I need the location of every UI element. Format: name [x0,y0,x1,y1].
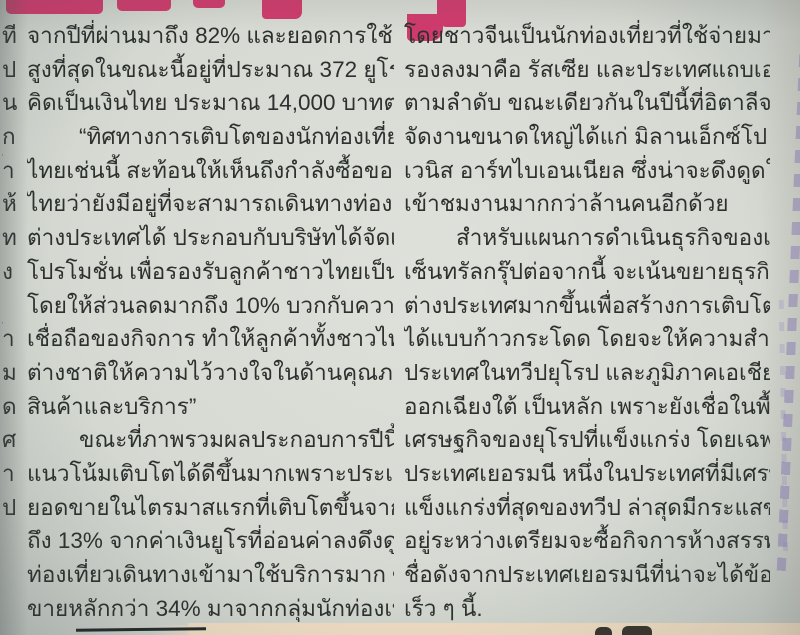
headline-letter-fragment [6,0,103,14]
text-row: ท่องเที่ยวเดินทางเข้ามาใช้บริการมาก ซึ่ง… [2,558,394,592]
text-line: ไทยเช่นนี้ สะท้อนให้เห็นถึงกำลังซื้อของค… [27,154,394,188]
text-line: จัดงานขนาดใหญ่ได้แก่ มิลานเอ็กซ์โป และ [404,120,770,154]
cut-letter-fragment: ัก [2,120,21,154]
headline-letter-fragment [117,0,171,11]
text-line: ออกเฉียงใต้ เป็นหลัก เพราะยังเชื่อในพื้น… [404,390,770,424]
text-row: ปสูงที่สุดในขณะนี้อยู่ที่ประมาณ 372 ยูโร… [2,53,394,87]
text-row: สำหรับแผนการดำเนินธุรกิจของเครือ [404,221,770,255]
text-row: ทต่างประเทศได้ ประกอบกับบริษัทได้จัดเตรี… [2,221,394,255]
text-row: งโปรโมชั่น เพื่อรองรับลูกค้าชาวไทยเป็นพิ… [2,255,394,289]
text-row: ศขณะที่ภาพรวมผลประกอบการปีนี้ มี [2,423,394,457]
cut-letter-fragment: น [2,86,21,120]
text-row: ้าไทยเช่นนี้ สะท้อนให้เห็นถึงกำลังซื้อขอ… [2,154,394,188]
text-row: มต่างชาติให้ความไว้วางใจในด้านคุณภาพของ [2,356,394,390]
text-line: ขณะที่ภาพรวมผลประกอบการปีนี้ มี [27,423,394,457]
text-line: ประเทศเยอรมนี หนึ่งในประเทศที่มีเศรษฐกิจ [404,457,770,491]
text-line: ขายหลักกว่า 34% มาจากกลุ่มนักท่องเที่ยว [27,592,394,626]
cut-letter-fragment: ศ [2,423,21,457]
text-line: สำหรับแผนการดำเนินธุรกิจของเครือ [404,221,770,255]
text-line: แนวโน้มเติบโตได้ดีขึ้นมากเพราะประเมินจาก [27,457,394,491]
text-line: ชื่อดังจากประเทศเยอรมนีที่น่าจะได้ข้อสรุ… [404,558,770,592]
text-line: ประเทศในทวีปยุโรป และภูมิภาคเอเชียตะวัน [404,356,770,390]
text-line: ต่างประเทศมากขึ้นเพื่อสร้างการเติบโตของร… [404,289,770,323]
text-line: ต่างประเทศได้ ประกอบกับบริษัทได้จัดเตรีย… [27,221,394,255]
headline-letter-fragment [193,0,225,8]
text-line: โดยชาวจีนเป็นนักท่องเที่ยวที่ใช้จ่ายมากท… [404,19,770,53]
text-line: อยู่ระหว่างเตรียมจะซื้อกิจการห้างสรรพสิน… [404,524,770,558]
text-line: เชื่อถือของกิจการ ทำให้ลูกค้าทั้งชาวไทยแ… [27,322,394,356]
body-text-left-column: ทีจากปีที่ผ่านมาถึง 82% และยอดการใช้จ่าย… [2,19,394,625]
text-row: เวนิส อาร์ทไบเอนเนียล ซึ่งน่าจะดึงดูดให้… [404,154,770,188]
next-headline-letter-top [622,626,652,635]
text-row: แข็งแกร่งที่สุดของทวีป ล่าสุดมีกระแสข่าว… [404,491,770,525]
cut-letter-fragment: ้า [2,322,21,356]
text-line: โปรโมชั่น เพื่อรองรับลูกค้าชาวไทยเป็นพิเ… [27,255,394,289]
text-row: รองลงมาคือ รัสเซีย และประเทศแถบเอเชีย [404,53,770,87]
text-row: จัดงานขนาดใหญ่ได้แก่ มิลานเอ็กซ์โป และ [404,120,770,154]
text-line: สินค้าและบริการ” [27,390,394,424]
cut-letter-fragment [2,289,21,323]
cut-letter-fragment: ด [2,390,21,424]
headline-letter-fragment [262,0,302,19]
text-row: เข้าชมงานมากกว่าล้านคนอีกด้วย [404,187,770,221]
text-line: เวนิส อาร์ทไบเอนเนียล ซึ่งน่าจะดึงดูดให้… [404,154,770,188]
cut-letter-fragment: ท [2,221,21,255]
text-line: เซ็นทรัลกรุ๊ปต่อจากนี้ จะเน้นขยายธุรกิจไ… [404,255,770,289]
text-row: ถึง 13% จากค่าเงินยูโรที่อ่อนค่าลงดึงดูด… [2,524,394,558]
section-divider-strip [188,623,800,635]
text-line: เศรษฐกิจของยุโรปที่แข็งแกร่ง โดยเฉพาะใน [404,423,770,457]
text-line: สูงที่สุดในขณะนี้อยู่ที่ประมาณ 372 ยูโร … [27,53,394,87]
text-row: ได้แบบก้าวกระโดด โดยจะให้ความสำคัญกับ [404,322,770,356]
cut-letter-fragment: า [2,457,21,491]
cut-letter-fragment: ป [2,53,21,87]
text-line: จากปีที่ผ่านมาถึง 82% และยอดการใช้จ่ายที… [27,19,394,53]
text-row: นคิดเป็นเงินไทย ประมาณ 14,000 บาทต่อคน [2,86,394,120]
text-line: เร็ว ๆ นี้. [404,592,770,626]
text-row: ขายหลักกว่า 34% มาจากกลุ่มนักท่องเที่ยว [2,592,394,626]
cut-letter-fragment: ม [2,356,21,390]
text-row: ประเทศเยอรมนี หนึ่งในประเทศที่มีเศรษฐกิจ [404,457,770,491]
text-row: โดยให้ส่วนลดมากถึง 10% บวกกับความน่า [2,289,394,323]
text-row: อยู่ระหว่างเตรียมจะซื้อกิจการห้างสรรพสิน… [404,524,770,558]
text-row: ัก“ทิศทางการเติบโตของนักท่องเที่ยว [2,120,394,154]
cut-letter-fragment [2,592,21,626]
text-row: เศรษฐกิจของยุโรปที่แข็งแกร่ง โดยเฉพาะใน [404,423,770,457]
text-row: ห้ไทยว่ายังมีอยู่ที่จะสามารถเดินทางท่องเ… [2,187,394,221]
text-row: ทีจากปีที่ผ่านมาถึง 82% และยอดการใช้จ่าย… [2,19,394,53]
text-line: ตามลำดับ ขณะเดียวกันในปีนี้ที่อิตาลีจะมี… [404,86,770,120]
text-line: ต่างชาติให้ความไว้วางใจในด้านคุณภาพของ [27,356,394,390]
next-headline-letter-top [595,627,612,635]
text-row: ตามลำดับ ขณะเดียวกันในปีนี้ที่อิตาลีจะมี… [404,86,770,120]
text-row: เร็ว ๆ นี้. [404,592,770,626]
text-row: ต่างประเทศมากขึ้นเพื่อสร้างการเติบโตของร… [404,289,770,323]
text-line: ท่องเที่ยวเดินทางเข้ามาใช้บริการมาก ซึ่ง… [27,558,394,592]
body-text-right-column: โดยชาวจีนเป็นนักท่องเที่ยวที่ใช้จ่ายมากท… [404,19,770,625]
cut-letter-fragment: ้า [2,154,21,188]
text-row: าแนวโน้มเติบโตได้ดีขึ้นมากเพราะประเมินจา… [2,457,394,491]
cut-letter-fragment: ง [2,255,21,289]
text-row: ชื่อดังจากประเทศเยอรมนีที่น่าจะได้ข้อสรุ… [404,558,770,592]
text-line: โดยให้ส่วนลดมากถึง 10% บวกกับความน่า [27,289,394,323]
cut-letter-fragment: ที [2,19,21,53]
cut-letter-fragment: ห้ [2,187,21,221]
text-row: ้าเชื่อถือของกิจการ ทำให้ลูกค้าทั้งชาวไท… [2,322,394,356]
text-line: เข้าชมงานมากกว่าล้านคนอีกด้วย [404,187,770,221]
text-line: ได้แบบก้าวกระโดด โดยจะให้ความสำคัญกับ [404,322,770,356]
cut-letter-fragment [2,558,21,592]
cut-letter-fragment [2,524,21,558]
cut-letter-fragment: ป [2,491,21,525]
text-row: ออกเฉียงใต้ เป็นหลัก เพราะยังเชื่อในพื้น… [404,390,770,424]
margin-stamp-marks [777,6,800,576]
text-line: รองลงมาคือ รัสเซีย และประเทศแถบเอเชีย [404,53,770,87]
text-line: คิดเป็นเงินไทย ประมาณ 14,000 บาทต่อคน [27,86,394,120]
newspaper-page: ทีจากปีที่ผ่านมาถึง 82% และยอดการใช้จ่าย… [0,0,800,635]
text-line: ถึง 13% จากค่าเงินยูโรที่อ่อนค่าลงดึงดูด… [27,524,394,558]
text-row: เซ็นทรัลกรุ๊ปต่อจากนี้ จะเน้นขยายธุรกิจไ… [404,255,770,289]
text-line: ไทยว่ายังมีอยู่ที่จะสามารถเดินทางท่องเที… [27,187,394,221]
text-row: โดยชาวจีนเป็นนักท่องเที่ยวที่ใช้จ่ายมากท… [404,19,770,53]
text-row: ประเทศในทวีปยุโรป และภูมิภาคเอเชียตะวัน [404,356,770,390]
text-line: “ทิศทางการเติบโตของนักท่องเที่ยว [27,120,394,154]
text-line: ยอดขายในไตรมาสแรกที่เติบโตขึ้นจากปีก่อน [27,491,394,525]
text-row: ปยอดขายในไตรมาสแรกที่เติบโตขึ้นจากปีก่อน [2,491,394,525]
text-line: แข็งแกร่งที่สุดของทวีป ล่าสุดมีกระแสข่าว… [404,491,770,525]
text-row: ดสินค้าและบริการ” [2,390,394,424]
